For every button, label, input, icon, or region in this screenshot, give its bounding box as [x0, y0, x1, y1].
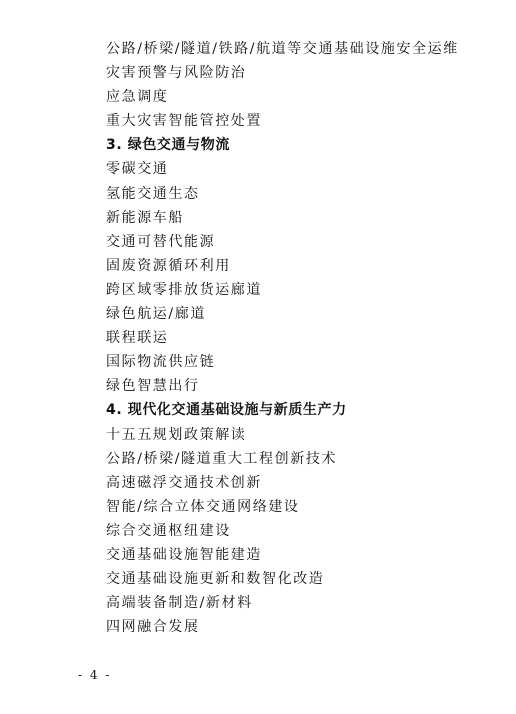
- list-item: 灾害预警与风险防治: [106, 61, 459, 85]
- section-heading-modern-infrastructure: 4. 现代化交通基础设施与新质生产力: [106, 398, 459, 422]
- list-item: 氢能交通生态: [106, 182, 459, 206]
- list-item: 跨区域零排放货运廊道: [106, 278, 459, 302]
- list-item: 绿色航运/廊道: [106, 302, 459, 326]
- list-item: 综合交通枢纽建设: [106, 519, 459, 543]
- page-number: - 4 -: [78, 668, 111, 682]
- list-item: 绿色智慧出行: [106, 374, 459, 398]
- list-item: 应急调度: [106, 85, 459, 109]
- document-page: 公路/桥梁/隧道/铁路/航道等交通基础设施安全运维 灾害预警与风险防治 应急调度…: [0, 0, 516, 714]
- list-item: 高端装备制造/新材料: [106, 591, 459, 615]
- list-item: 十五五规划政策解读: [106, 423, 459, 447]
- list-item: 交通基础设施更新和数智化改造: [106, 567, 459, 591]
- list-item: 公路/桥梁/隧道重大工程创新技术: [106, 447, 459, 471]
- list-item: 固废资源循环利用: [106, 254, 459, 278]
- list-item: 新能源车船: [106, 206, 459, 230]
- list-item: 交通基础设施智能建造: [106, 543, 459, 567]
- list-item: 交通可替代能源: [106, 230, 459, 254]
- list-item: 重大灾害智能管控处置: [106, 109, 459, 133]
- list-item: 公路/桥梁/隧道/铁路/航道等交通基础设施安全运维: [106, 37, 459, 61]
- list-item: 四网融合发展: [106, 615, 459, 639]
- list-item: 智能/综合立体交通网络建设: [106, 495, 459, 519]
- section-heading-green-transport: 3. 绿色交通与物流: [106, 133, 459, 157]
- list-item: 高速磁浮交通技术创新: [106, 471, 459, 495]
- list-item: 零碳交通: [106, 157, 459, 181]
- topic-list: 公路/桥梁/隧道/铁路/航道等交通基础设施安全运维 灾害预警与风险防治 应急调度…: [106, 37, 459, 639]
- list-item: 国际物流供应链: [106, 350, 459, 374]
- list-item: 联程联运: [106, 326, 459, 350]
